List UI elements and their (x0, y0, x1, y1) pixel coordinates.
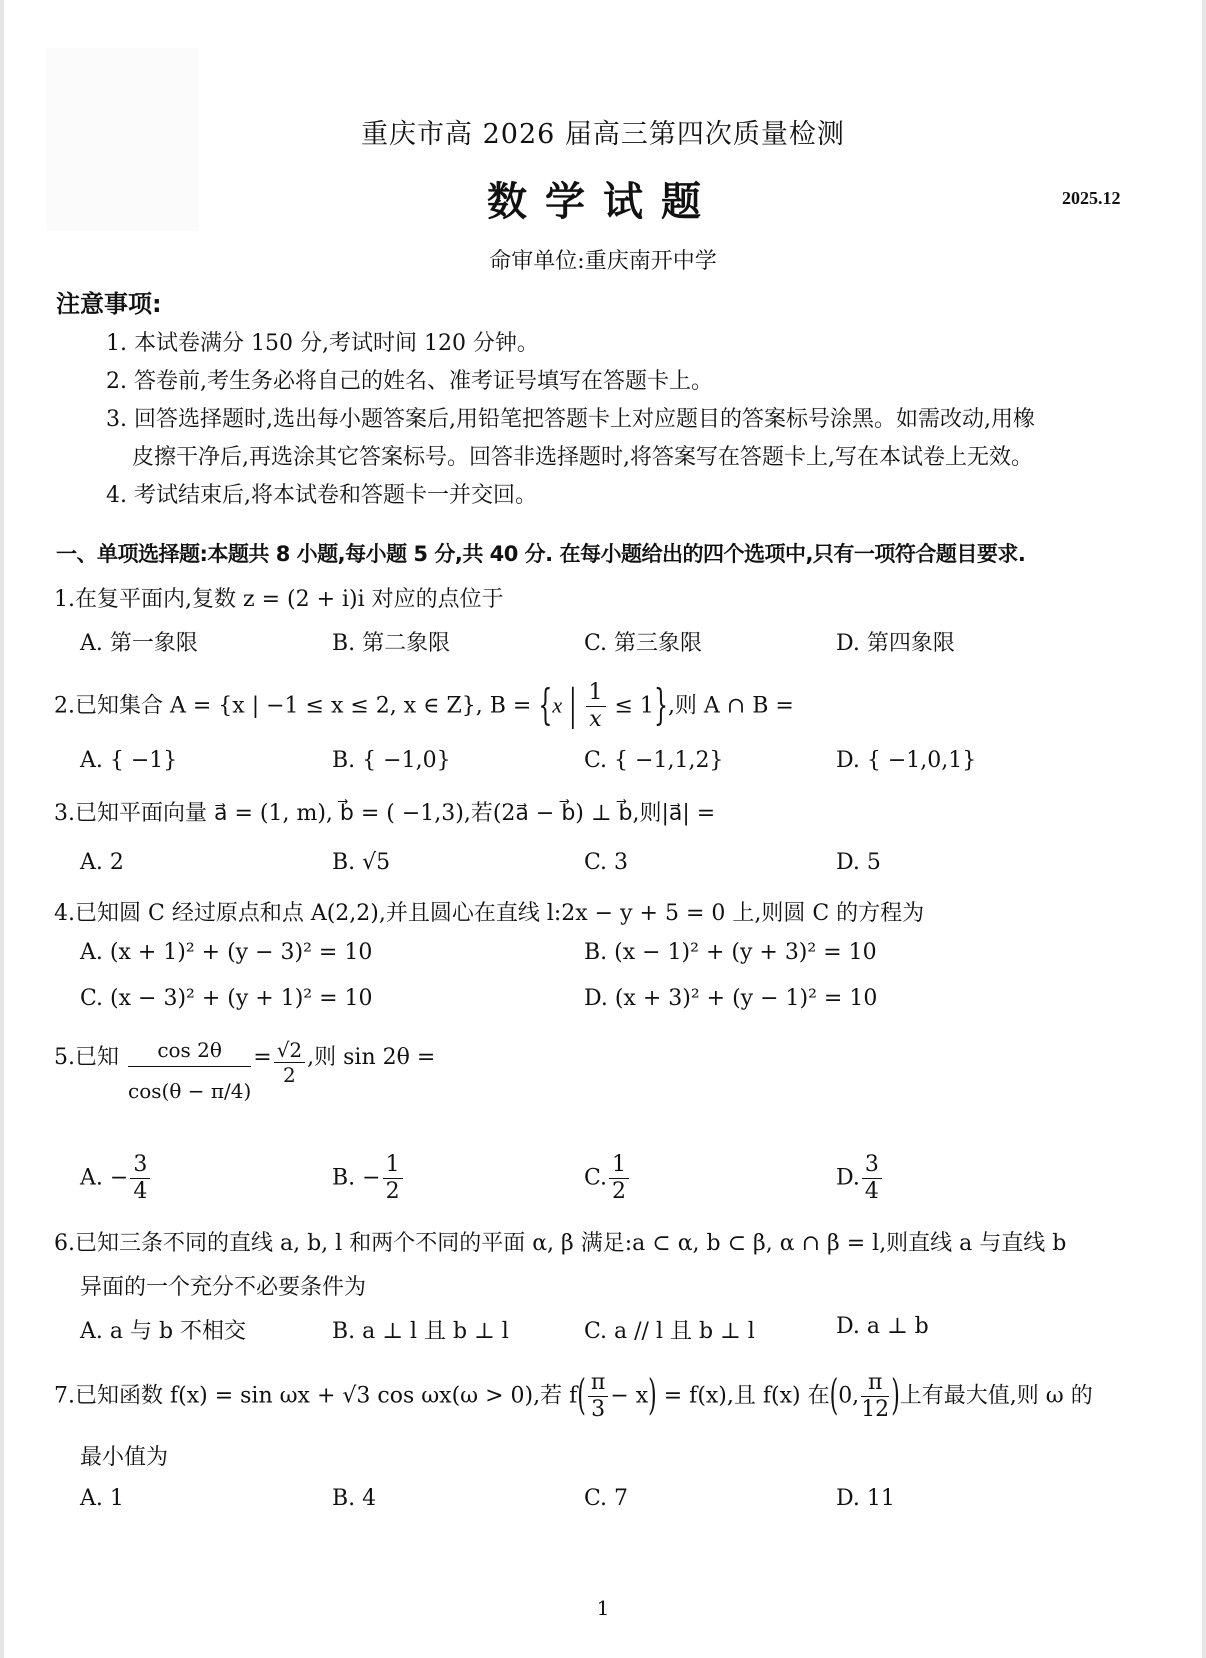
option-c[interactable]: C. 第三象限 (584, 626, 702, 657)
subject-title: 数学试题 (0, 170, 1206, 227)
option-c[interactable]: C. 3 (584, 850, 628, 875)
option-c[interactable]: C. a // l 且 b ⊥ l (584, 1314, 755, 1345)
question-number: 3. (54, 801, 75, 826)
option-a[interactable]: A. (x + 1)² + (y − 3)² = 10 (80, 940, 372, 965)
question-stem-tail: ,则 A ∩ B = (668, 694, 794, 719)
question-2: 2.已知集合 A = {x | −1 ≤ x ≤ 2, x ∈ Z}, B = … (54, 682, 794, 731)
question-stem: 已知集合 A = {x | −1 ≤ x ≤ 2, x ∈ Z}, B = (75, 694, 531, 719)
set-variable: x (552, 693, 562, 718)
question-number: 4. (54, 901, 75, 926)
set-bar: | (569, 682, 576, 730)
option-a[interactable]: A. 第一象限 (80, 626, 198, 657)
option-b[interactable]: B. √5 (332, 850, 390, 875)
page-number: 1 (0, 1596, 1206, 1620)
notice-item: 4. 考试结束后,将本试卷和答题卡一并交回。 (106, 478, 537, 509)
question-7-continued: 最小值为 (80, 1440, 168, 1471)
option-d[interactable]: D. 第四象限 (836, 626, 955, 657)
notice-item: 1. 本试卷满分 150 分,考试时间 120 分钟。 (106, 326, 539, 357)
option-b[interactable]: B. −12 (332, 1154, 405, 1203)
fraction-rhs: √22 (274, 1040, 305, 1085)
exam-name: 重庆市高 2026 届高三第四次质量检测 (0, 112, 1206, 151)
option-a[interactable]: A. { −1} (80, 748, 177, 773)
option-d[interactable]: D. 5 (836, 850, 881, 875)
question-stem: 已知平面向量 a⃗ = (1, m), b⃗ = ( −1,3),若(2a⃗ −… (75, 801, 715, 826)
brace-close: } (654, 682, 668, 730)
option-a[interactable]: A. 2 (80, 850, 124, 875)
option-c[interactable]: C. 7 (584, 1486, 628, 1511)
question-stem-tail: 上有最大值,则 ω 的 (900, 1384, 1093, 1409)
option-d[interactable]: D.34 (836, 1154, 884, 1203)
option-b[interactable]: B. { −1,0} (332, 748, 451, 773)
question-stem: 已知圆 C 经过原点和点 A(2,2),并且圆心在直线 l:2x − y + 5… (75, 901, 924, 926)
question-number: 7. (54, 1384, 75, 1409)
relation: ≤ 1 (615, 694, 654, 719)
question-6: 6.已知三条不同的直线 a, b, l 和两个不同的平面 α, β 满足:a ⊂… (54, 1226, 1066, 1257)
option-a[interactable]: A. −34 (80, 1154, 152, 1203)
option-d[interactable]: D. (x + 3)² + (y − 1)² = 10 (584, 986, 877, 1011)
question-stem: 已知函数 f(x) = sin ωx + √3 cos ωx(ω > 0),若 … (75, 1384, 577, 1409)
fraction-lhs: cos 2θcos(θ − π/4) (128, 1040, 251, 1101)
brace-open: { (538, 682, 552, 730)
equals: = (253, 1045, 271, 1070)
option-d[interactable]: D. { −1,0,1} (836, 748, 976, 773)
option-c[interactable]: C. { −1,1,2} (584, 748, 723, 773)
option-b[interactable]: B. 4 (332, 1486, 376, 1511)
option-d[interactable]: D. 11 (836, 1486, 895, 1511)
question-number: 6. (54, 1231, 75, 1256)
question-stem-tail: ,则 sin 2θ = (307, 1045, 435, 1070)
option-c[interactable]: C.12 (584, 1154, 631, 1203)
option-a[interactable]: A. 1 (80, 1486, 124, 1511)
question-6-continued: 异面的一个充分不必要条件为 (80, 1270, 366, 1301)
notice-title: 注意事项: (56, 284, 162, 319)
exam-date: 2025.12 (1062, 188, 1121, 209)
question-stem: 已知 (75, 1045, 119, 1070)
question-5: 5.已知 cos 2θcos(θ − π/4)=√22,则 sin 2θ = (54, 1040, 435, 1101)
option-b[interactable]: B. a ⊥ l 且 b ⊥ l (332, 1314, 509, 1345)
fraction: 1x (586, 682, 606, 731)
option-b[interactable]: B. (x − 1)² + (y + 3)² = 10 (584, 940, 877, 965)
question-stem: 在复平面内,复数 z = (2 + i)i 对应的点位于 (75, 587, 504, 612)
question-3: 3.已知平面向量 a⃗ = (1, m), b⃗ = ( −1,3),若(2a⃗… (54, 796, 715, 827)
question-number: 5. (54, 1045, 75, 1070)
notice-item: 2. 答卷前,考生务必将自己的姓名、准考证号填写在答题卡上。 (106, 364, 713, 395)
notice-item: 3. 回答选择题时,选出每小题答案后,用铅笔把答题卡上对应题目的答案标号涂黑。如… (106, 402, 1035, 433)
question-4: 4.已知圆 C 经过原点和点 A(2,2),并且圆心在直线 l:2x − y +… (54, 896, 924, 927)
question-number: 1. (54, 587, 75, 612)
question-stem: 已知三条不同的直线 a, b, l 和两个不同的平面 α, β 满足:a ⊂ α… (75, 1231, 1066, 1256)
question-7: 7.已知函数 f(x) = sin ωx + √3 cos ωx(ω > 0),… (54, 1372, 1093, 1421)
option-a[interactable]: A. a 与 b 不相交 (80, 1314, 246, 1345)
option-c[interactable]: C. (x − 3)² + (y + 1)² = 10 (80, 986, 373, 1011)
option-b[interactable]: B. 第二象限 (332, 626, 450, 657)
notice-item-continued: 皮擦干净后,再选涂其它答案标号。回答非选择题时,将答案写在答题卡上,写在本试卷上… (132, 440, 1033, 471)
option-d[interactable]: D. a ⊥ b (836, 1314, 929, 1339)
question-1: 1.在复平面内,复数 z = (2 + i)i 对应的点位于 (54, 582, 504, 613)
setter-unit: 命审单位:重庆南开中学 (0, 244, 1206, 275)
section-title: 一、单项选择题:本题共 8 小题,每小题 5 分,共 40 分. 在每小题给出的… (56, 538, 1025, 568)
question-number: 2. (54, 694, 75, 719)
